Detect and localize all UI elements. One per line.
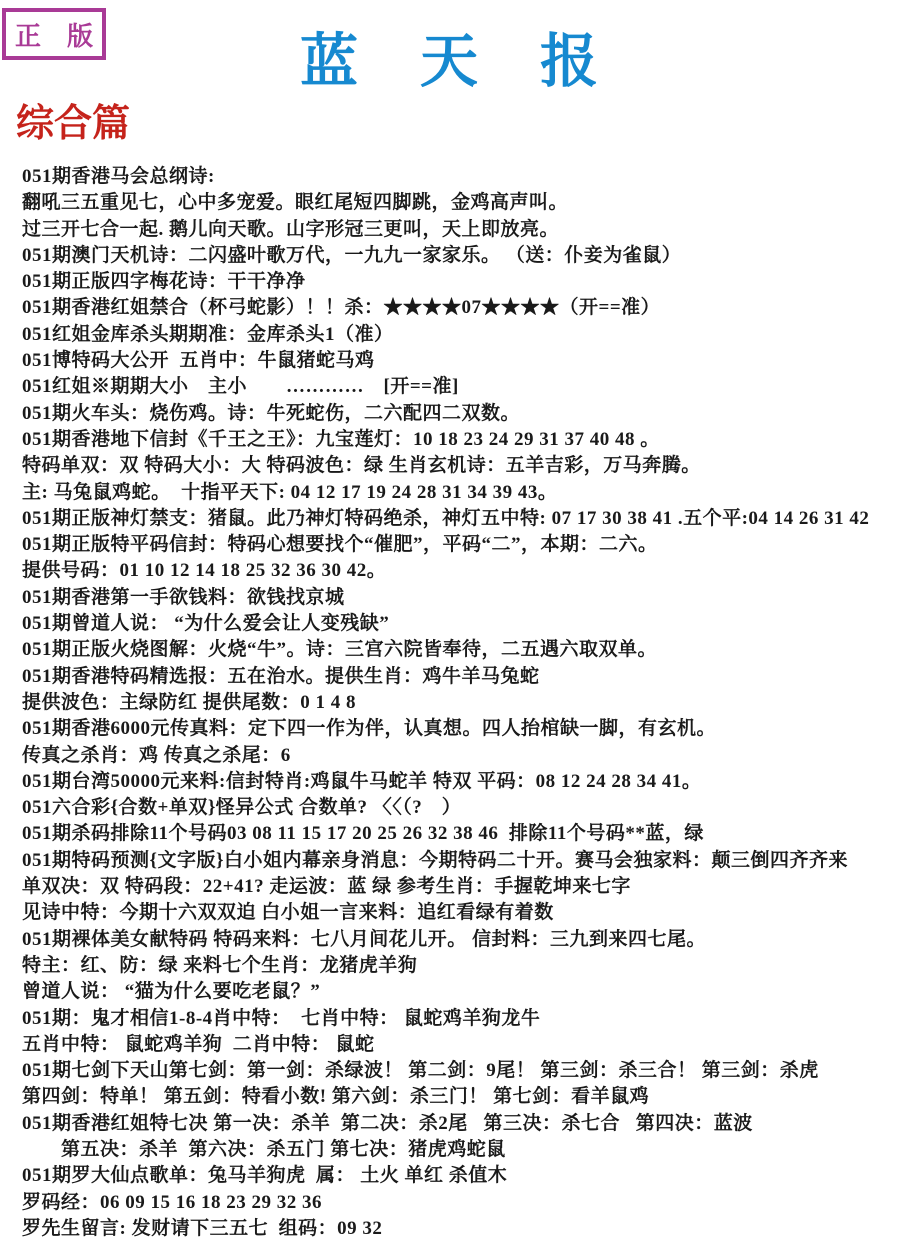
- text-line: 051期台湾50000元来料:信封特肖:鸡鼠牛马蛇羊 特双 平码：08 12 2…: [22, 769, 896, 795]
- text-line: 051期特码预测{文字版}白小姐内幕亲身消息：今期特码二十开。赛马会独家料：颠三…: [22, 848, 896, 874]
- body-lines: 051期香港马会总纲诗:翻吼三五重见七，心中多宠爱。眼红尾短四脚跳，金鸡高声叫。…: [22, 164, 896, 1242]
- text-line: 051期香港6000元传真料：定下四一作为伴，认真想。四人抬棺缺一脚，有玄机。: [22, 716, 896, 742]
- text-line: 第四剑：特单！ 第五剑：特看小数! 第六剑：杀三门！ 第七剑：看羊鼠鸡: [22, 1084, 896, 1110]
- text-line: 051红姐※期期大小 主小 ………… [开==准]: [22, 374, 896, 400]
- text-line: 051期火车头：烧伤鸡。诗：牛死蛇伤，二六配四二双数。: [22, 401, 896, 427]
- text-line: 051期香港红姐特七决 第一决：杀羊 第二决：杀2尾 第三决：杀七合 第四决：蓝…: [22, 1111, 896, 1137]
- text-line: 051红姐金库杀头期期准：金库杀头1（准）: [22, 322, 896, 348]
- text-line: 罗先生留言: 发财请下三五七 组码：09 32: [22, 1216, 896, 1242]
- text-line: 051期香港地下信封《千王之王》：九宝莲灯：10 18 23 24 29 31 …: [22, 427, 896, 453]
- text-line: 051期正版特平码信封：特码心想要找个“催肥”，平码“二”，本期：二六。: [22, 532, 896, 558]
- text-line: 051期香港特码精选报：五在治水。提供生肖：鸡牛羊马兔蛇: [22, 664, 896, 690]
- text-line: 051期正版火烧图解：火烧“牛”。诗：三宫六院皆奉待，二五遇六取双单。: [22, 637, 896, 663]
- text-line: 特码单双：双 特码大小：大 特码波色：绿 生肖玄机诗：五羊吉彩，万马奔腾。: [22, 453, 896, 479]
- text-line: 051期香港第一手欲钱料：欲钱找京城: [22, 585, 896, 611]
- text-line: 051期：鬼才相信1-8-4肖中特： 七肖中特： 鼠蛇鸡羊狗龙牛: [22, 1006, 896, 1032]
- text-line: 传真之杀肖：鸡 传真之杀尾：6: [22, 743, 896, 769]
- text-line: 五肖中特： 鼠蛇鸡羊狗 二肖中特： 鼠蛇: [22, 1032, 896, 1058]
- text-line: 051期杀码排除11个号码03 08 11 15 17 20 25 26 32 …: [22, 821, 896, 847]
- text-line: 051期香港马会总纲诗:: [22, 164, 896, 190]
- text-line: 051期澳门天机诗：二闪盛叶歌万代，一九九一家家乐。 （送：仆妾为雀鼠）: [22, 243, 896, 269]
- text-line: 提供波色：主绿防红 提供尾数：0 1 4 8: [22, 690, 896, 716]
- text-line: 曾道人说： “猫为什么要吃老鼠？”: [22, 979, 896, 1005]
- text-line: 051期裸体美女献特码 特码来料：七八月间花儿开。 信封料：三九到来四七尾。: [22, 927, 896, 953]
- text-line: 051期七剑下天山第七剑：第一剑：杀绿波！ 第二剑：9尾！ 第三剑：杀三合！ 第…: [22, 1058, 896, 1084]
- page-title: 蓝 天 报: [0, 14, 900, 98]
- text-line: 051期正版神灯禁支：猪鼠。此乃神灯特码绝杀，神灯五中特: 07 17 30 3…: [22, 506, 896, 532]
- text-line: 051博特码大公开 五肖中：牛鼠猪蛇马鸡: [22, 348, 896, 374]
- text-line: 051期曾道人说： “为什么爱会让人变残缺”: [22, 611, 896, 637]
- text-line: 特主：红、防：绿 来料七个生肖：龙猪虎羊狗: [22, 953, 896, 979]
- text-line: 过三开七合一起. 鹅儿向天歌。山字形冠三更叫，天上即放亮。: [22, 217, 896, 243]
- text-line: 051期罗大仙点歌单：兔马羊狗虎 属： 土火 单红 杀值木: [22, 1163, 896, 1189]
- text-line: 第五决：杀羊 第六决：杀五门 第七决：猪虎鸡蛇鼠: [22, 1137, 896, 1163]
- text-line: 051期正版四字梅花诗：干干净净: [22, 269, 896, 295]
- text-line: 051六合彩{合数+单双}怪异公式 合数单? 〈〈（? ）: [22, 795, 896, 821]
- text-line: 051期香港红姐禁合（杯弓蛇影）！！杀：★★★★07★★★★（开==准）: [22, 295, 896, 321]
- text-line: 提供号码：01 10 12 14 18 25 32 36 30 42。: [22, 558, 896, 584]
- text-line: 翻吼三五重见七，心中多宠爱。眼红尾短四脚跳，金鸡高声叫。: [22, 190, 896, 216]
- section-heading: 综合篇: [16, 92, 130, 147]
- text-line: 主: 马兔鼠鸡蛇。 十指平天下: 04 12 17 19 24 28 31 34…: [22, 480, 896, 506]
- text-line: 单双决：双 特码段：22+41? 走运波：蓝 绿 参考生肖：手握乾坤来七字: [22, 874, 896, 900]
- text-line: 见诗中特：今期十六双双迫 白小姐一言来料：追红看绿有着数: [22, 900, 896, 926]
- text-line: 罗码经：06 09 15 16 18 23 29 32 36: [22, 1190, 896, 1216]
